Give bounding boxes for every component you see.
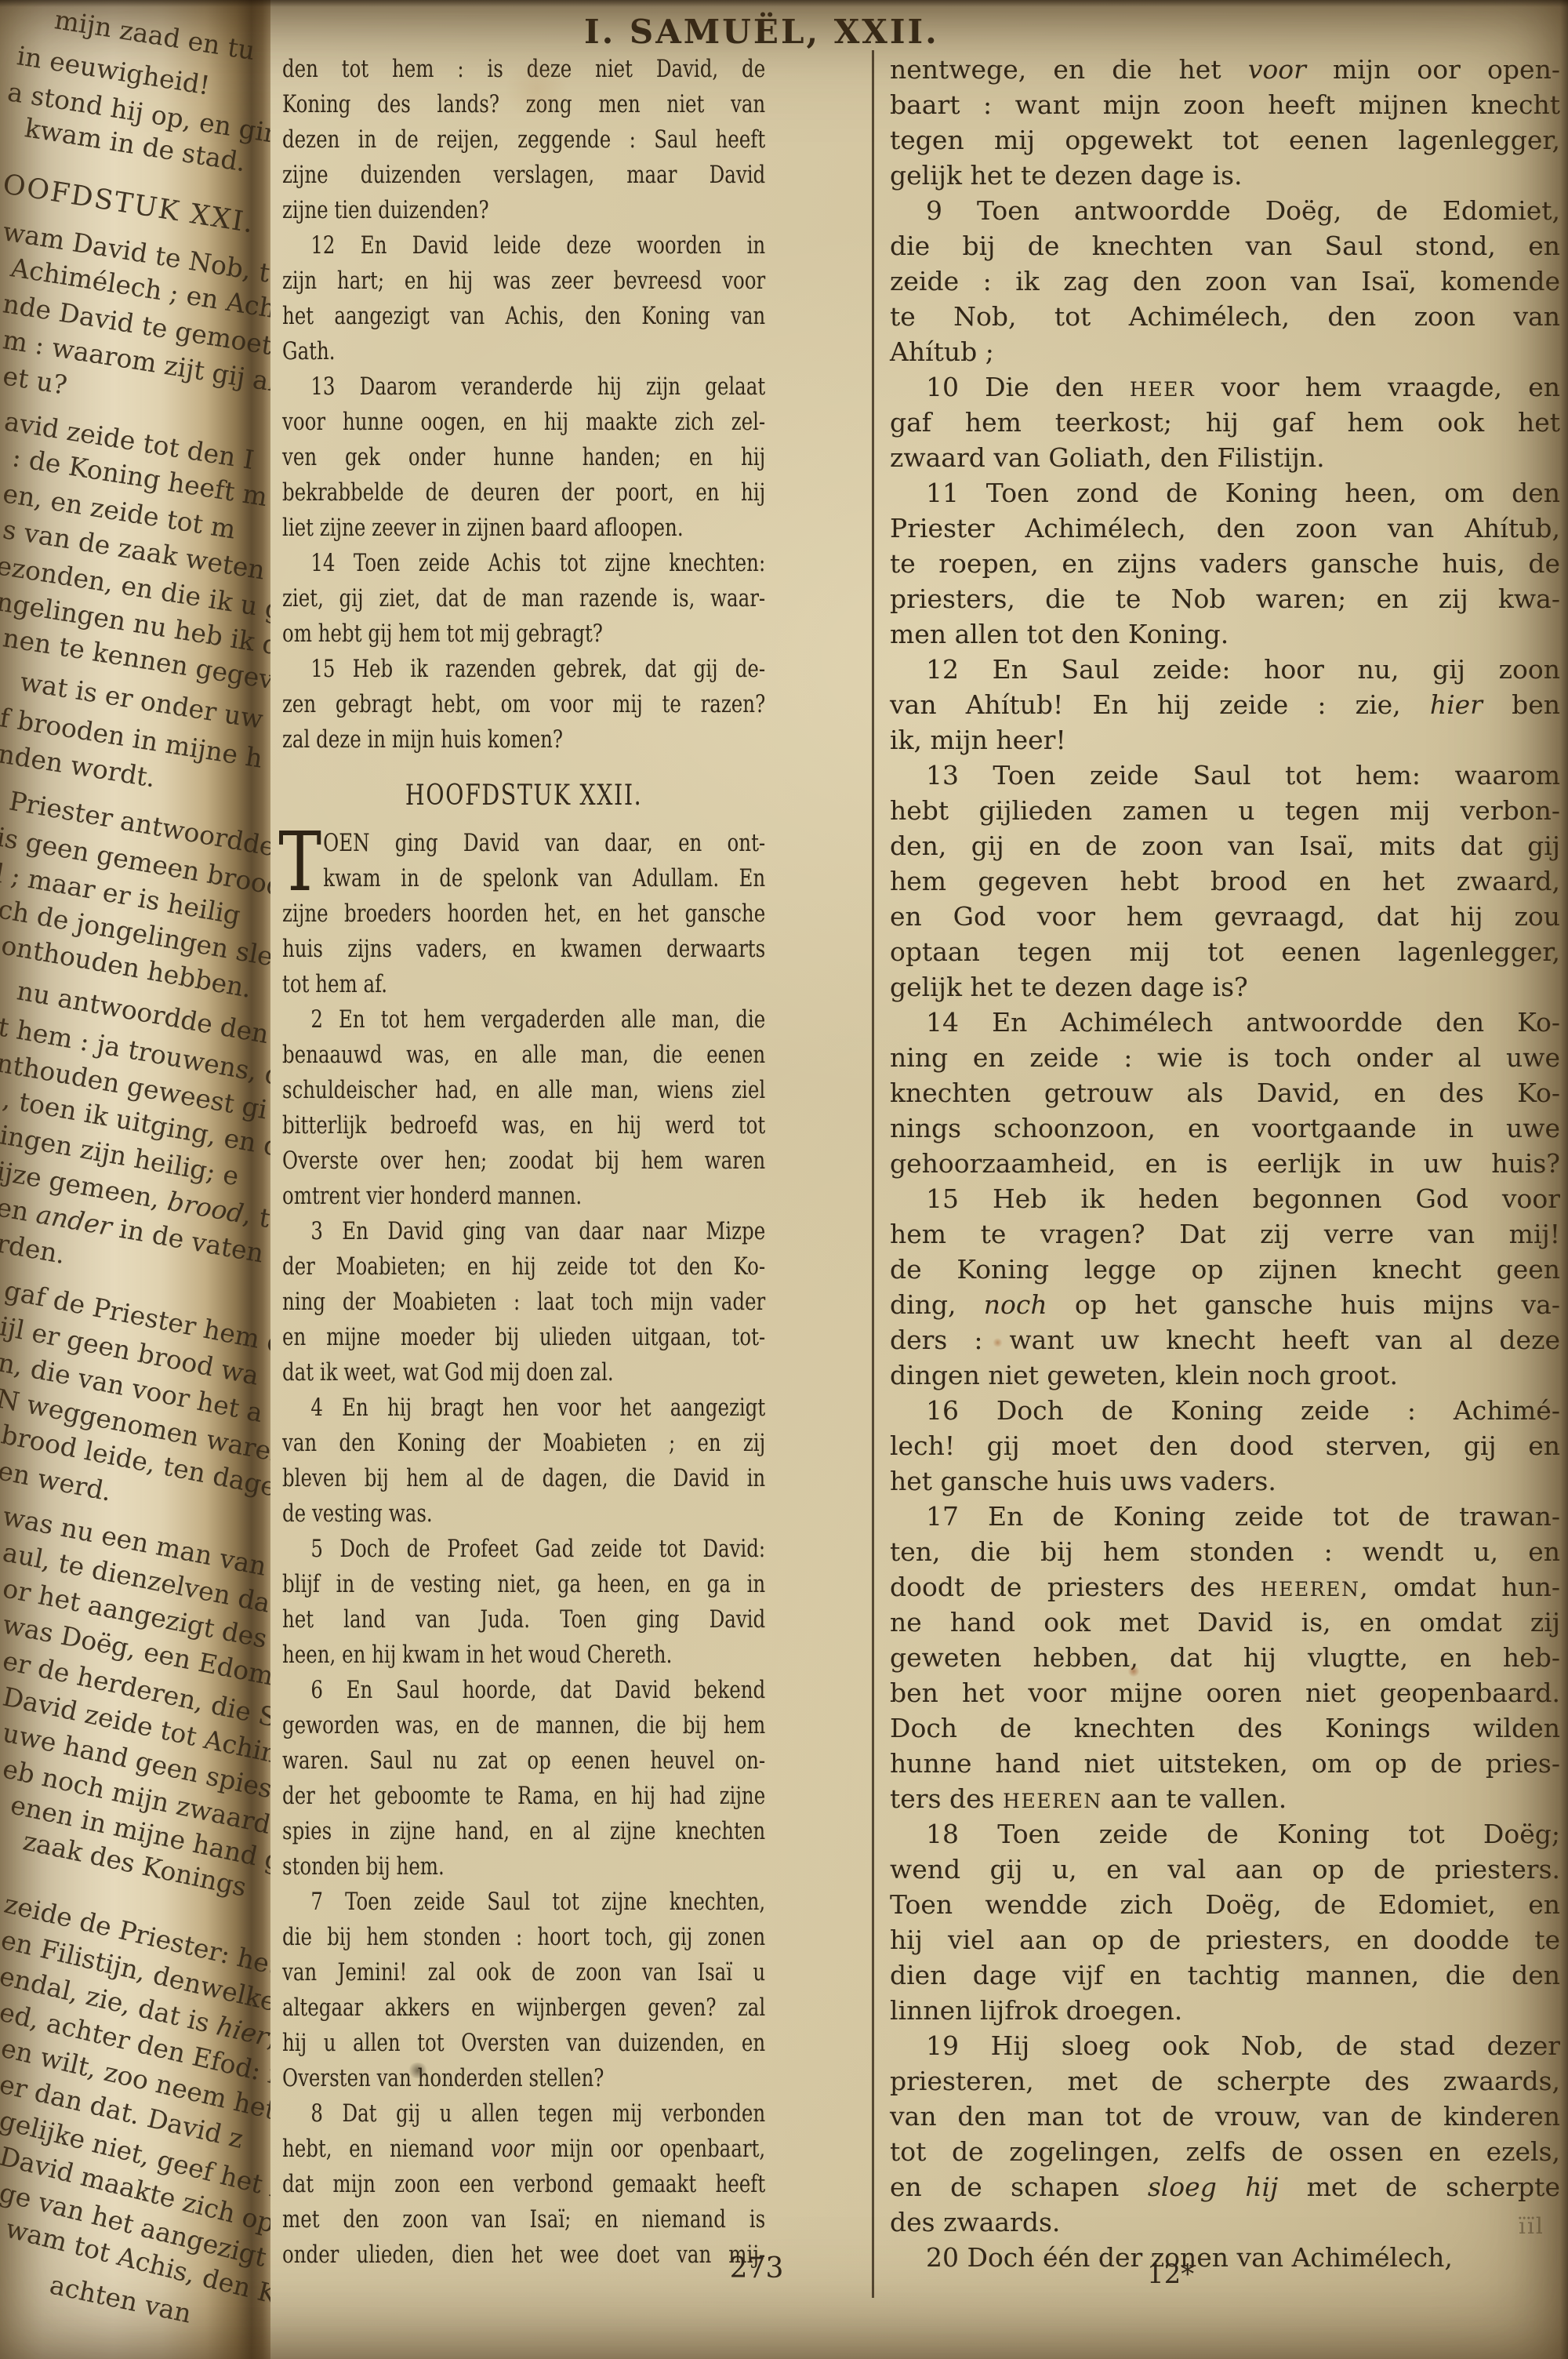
text-line: waren. Saul nu zat op eenen heuvel on- — [282, 1743, 765, 1779]
text-line: van den Koning der Moabieten ; en zij — [282, 1426, 765, 1461]
text-line: 13 Toen zeide Saul tot hem: waarom — [890, 758, 1560, 793]
text-line: huis zijns vaders, en kwamen derwaarts — [282, 932, 765, 967]
text-line: Doch de knechten des Konings wilden — [890, 1710, 1560, 1746]
text-line: 20 Doch één der zonen van Achimélech, — [890, 2240, 1560, 2275]
text-line: 2 En tot hem vergaderden alle man, die — [282, 1002, 765, 1038]
text-line: hij u allen tot Oversten van duizenden, … — [282, 2026, 765, 2061]
text-line: Ahítub ; — [890, 334, 1560, 369]
text-line: geweten hebben, dat hij vlugtte, en heb- — [890, 1640, 1560, 1675]
text-line: 12 En David leide deze woorden in — [282, 228, 765, 264]
signature-mark: 12* — [1147, 2259, 1194, 2290]
text-line: 19 Hij sloeg ook Nob, de stad dezer — [890, 2028, 1560, 2063]
text-line: 17 En de Koning zeide tot de trawan- — [890, 1499, 1560, 1534]
text-line: den, gij en de zoon van Isaï, mits dat g… — [890, 828, 1560, 863]
text-line: 15 Heb ik heden begonnen God voor — [890, 1181, 1560, 1216]
text-line: ziet, gij ziet, dat de man razende is, w… — [282, 581, 765, 616]
text-line: ne hand ook met David is, en omdat zij — [890, 1605, 1560, 1640]
text-line: hem gegeven hebt brood en het zwaard, — [890, 863, 1560, 899]
text-line: het land van Juda. Toen ging David — [282, 1602, 765, 1637]
text-line: geworden was, en de mannen, die bij hem — [282, 1708, 765, 1743]
text-line: zwaard van Goliath, den Filistijn. — [890, 440, 1560, 475]
column-divider-rule — [872, 50, 874, 2298]
text-line: des zwaards. — [890, 2205, 1560, 2240]
dropcap-paragraph: TOEN ging David van daar, en ont-kwam in… — [282, 826, 765, 896]
text-line: 4 En hij bragt hen voor het aangezigt — [282, 1390, 765, 1426]
text-line: dat ik weet, wat God mij doen zal. — [282, 1355, 765, 1390]
text-line: men allen tot den Koning. — [890, 616, 1560, 652]
text-line: ning en zeide : wie is toch onder al uwe — [890, 1040, 1560, 1075]
text-line: 7 Toen zeide Saul tot zijne knechten, — [282, 1885, 765, 1920]
right-text-column: nentwege, en die het voor mijn oor open-… — [890, 52, 1560, 2275]
text-line: ben het voor mijne ooren niet geopenbaar… — [890, 1675, 1560, 1710]
text-line: heen, en hij kwam in het woud Chereth. — [282, 1637, 765, 1673]
text-line: onder ulieden, dien het wee doet van mij… — [282, 2237, 765, 2273]
text-line: 14 En Achimélech antwoordde den Ko- — [890, 1005, 1560, 1040]
text-line: zijne duizenden verslagen, maar David — [282, 158, 765, 193]
text-line: OEN ging David van daar, en ont- — [282, 826, 765, 861]
text-line: 15 Heb ik razenden gebrek, dat gij de- — [282, 652, 765, 687]
previous-page-text: mijn zaad en tuin eeuwigheid!a stond hij… — [3, 2, 270, 2303]
text-line: gaf hem teerkost; hij gaf hem ook het — [890, 405, 1560, 440]
text-line: zijne tien duizenden? — [282, 193, 765, 228]
text-line: blijf in de vesting niet, ga heen, en ga… — [282, 1567, 765, 1602]
text-line: benaauwd was, en alle man, die eenen — [282, 1038, 765, 1073]
text-line: van den man tot de vrouw, van de kindere… — [890, 2099, 1560, 2134]
text-line: schuldeischer had, en alle man, wiens zi… — [282, 1073, 765, 1108]
text-line: bitterlijk bedroefd was, en hij werd tot — [282, 1108, 765, 1143]
text-line: gelijk het te dezen dage is? — [890, 969, 1560, 1005]
text-line: hem te vragen? Dat zij verre van mij! — [890, 1216, 1560, 1252]
text-line: dat mijn zoon een verbond gemaakt heeft — [282, 2167, 765, 2202]
text-line: hunne hand niet uitsteken, om op de prie… — [890, 1746, 1560, 1781]
text-line: zijn hart; en hij was zeer bevreesd voor — [282, 264, 765, 299]
text-line: nings schoonzoon, en voortgaande in uwe — [890, 1110, 1560, 1146]
text-line: priesteren, met de scherpte des zwaards, — [890, 2063, 1560, 2099]
text-line: gelijk het te dezen dage is. — [890, 158, 1560, 193]
text-line: stonden bij hem. — [282, 1849, 765, 1885]
text-line: 13 Daarom veranderde hij zijn gelaat — [282, 369, 765, 405]
left-text-column: den tot hem : is deze niet David, deKoni… — [282, 52, 765, 2273]
text-line: voor hunne oogen, en hij maakte zich zel… — [282, 405, 765, 440]
text-line: van Jemini! zal ook de zoon van Isaï u — [282, 1955, 765, 1990]
text-line: ders : want uw knecht heeft van al deze — [890, 1322, 1560, 1358]
text-line: zen gebragt hebt, om voor mij te razen? — [282, 687, 765, 722]
text-line: 18 Toen zeide de Koning tot Doëg; — [890, 1816, 1560, 1852]
text-line: 5 Doch de Profeet Gad zeide tot David: — [282, 1532, 765, 1567]
text-line: hebt, en niemand voor mijn oor openbaart… — [282, 2132, 765, 2167]
text-line: spies in zijne hand, en al zijne knechte… — [282, 1814, 765, 1849]
text-line: 3 En David ging van daar naar Mizpe — [282, 1214, 765, 1249]
text-line: linnen lijfrok droegen. — [890, 1993, 1560, 2028]
text-line: tot de zogelingen, zelfs de ossen en eze… — [890, 2134, 1560, 2169]
book-page-photo: mijn zaad en tuin eeuwigheid!a stond hij… — [0, 0, 1568, 2359]
text-line: die bij de knechten van Saul stond, en — [890, 228, 1560, 264]
text-line: bekrabbelde de deuren der poort, en hij — [282, 475, 765, 511]
text-line: tot hem af. — [282, 967, 765, 1002]
text-line: om hebt gij hem tot mij gebragt? — [282, 616, 765, 652]
text-line: doodt de priesters des HEEREN, omdat hun… — [890, 1569, 1560, 1605]
text-line: ding, noch op het gansche huis mijns va- — [890, 1287, 1560, 1322]
text-line: de Koning legge op zijnen knecht geen — [890, 1252, 1560, 1287]
text-line: gehoorzaamheid, en is eerlijk in uw huis… — [890, 1146, 1560, 1181]
text-line: optaan tegen mij tot eenen lagenlegger, — [890, 934, 1560, 969]
text-line: en mijne moeder bij ulieden uitgaan, tot… — [282, 1320, 765, 1355]
text-line: Toen wendde zich Doëg, de Edomiet, en — [890, 1887, 1560, 1922]
text-line: het gansche huis uws vaders. — [890, 1463, 1560, 1499]
text-line: van Ahítub! En hij zeide : zie, hier ben — [890, 687, 1560, 722]
text-line: te Nob, tot Achimélech, den zoon van — [890, 299, 1560, 334]
dropcap-letter: T — [278, 826, 321, 898]
text-line: der het geboomte te Rama, en hij had zij… — [282, 1779, 765, 1814]
text-line: Gath. — [282, 334, 765, 369]
text-line: omtrent vier honderd mannen. — [282, 1179, 765, 1214]
text-line: der Moabieten; en hij zeide tot den Ko- — [282, 1249, 765, 1285]
page-number: 273 — [717, 2252, 796, 2284]
text-line: ven gek onder hunne handen; en hij — [282, 440, 765, 475]
text-line: kwam in de spelonk van Adullam. En — [282, 861, 765, 896]
text-line: Overste over hen; zoodat bij hem waren — [282, 1143, 765, 1179]
text-line: 10 Die den HEER voor hem vraagde, en — [890, 369, 1560, 405]
chapter-heading: HOOFDSTUK XXII. — [282, 778, 765, 813]
text-line: hij viel aan op de priesters, en doodde … — [890, 1922, 1560, 1957]
text-line: 8 Dat gij u allen tegen mij verbonden — [282, 2096, 765, 2132]
text-line: hebt gijlieden zamen u tegen mij verbon- — [890, 793, 1560, 828]
text-line: liet zijne zeever in zijnen baard afloop… — [282, 511, 765, 546]
text-line: ik, mijn heer! — [890, 722, 1560, 758]
text-line: Priester Achimélech, den zoon van Ahítub… — [890, 511, 1560, 546]
text-line: ten, die bij hem stonden : wendt u, en — [890, 1534, 1560, 1569]
text-line: den tot hem : is deze niet David, de — [282, 52, 765, 87]
text-line: te roepen, en zijns vaders gansche huis,… — [890, 546, 1560, 581]
text-line: 14 Toen zeide Achis tot zijne knechten: — [282, 546, 765, 581]
text-line: ning der Moabieten : laat toch mijn vade… — [282, 1285, 765, 1320]
text-line: knechten getrouw als David, en des Ko- — [890, 1075, 1560, 1110]
text-line: met den zoon van Isaï; en niemand is — [282, 2202, 765, 2237]
text-line: 16 Doch de Koning zeide : Achimé- — [890, 1393, 1560, 1428]
text-line: baart : want mijn zoon heeft mijnen knec… — [890, 87, 1560, 122]
text-line: nentwege, en die het voor mijn oor open- — [890, 52, 1560, 87]
text-line: die bij hem stonden : hoort toch, gij zo… — [282, 1920, 765, 1955]
text-line: de vesting was. — [282, 1496, 765, 1532]
text-line: 9 Toen antwoordde Doëg, de Edomiet, — [890, 193, 1560, 228]
text-line: 6 En Saul hoorde, dat David bekend — [282, 1673, 765, 1708]
text-line: en de schapen sloeg hij met de scherpte — [890, 2169, 1560, 2205]
text-line: tegen mij opgewekt tot eenen lagenlegger… — [890, 122, 1560, 158]
running-header: I. SAMUËL, XXII. — [584, 13, 939, 51]
page-surface: I. SAMUËL, XXII. den tot hem : is deze n… — [270, 0, 1568, 2359]
text-line: zijne broeders hoorden het, en het gansc… — [282, 896, 765, 932]
text-line: 12 En Saul zeide: hoor nu, gij zoon — [890, 652, 1560, 687]
text-line: Oversten van honderden stellen? — [282, 2061, 765, 2096]
text-line: altegaar akkers en wijnbergen geven? zal — [282, 1990, 765, 2026]
text-line: dingen niet geweten, klein noch groot. — [890, 1358, 1560, 1393]
text-line: priesters, die te Nob waren; en zij kwa- — [890, 581, 1560, 616]
show-through-mark: ïïl — [1519, 2213, 1544, 2239]
text-line: het aangezigt van Achis, den Koning van — [282, 299, 765, 334]
text-line: dezen in de reijen, zeggende : Saul heef… — [282, 122, 765, 158]
text-line: 11 Toen zond de Koning heen, om den — [890, 475, 1560, 511]
text-line: dien dage vijf en tachtig mannen, die de… — [890, 1957, 1560, 1993]
text-line: zeide : ik zag den zoon van Isaï, komend… — [890, 264, 1560, 299]
text-line: lech! gij moet den dood sterven, gij en — [890, 1428, 1560, 1463]
text-line: zal deze in mijn huis komen? — [282, 722, 765, 758]
previous-page-edge: mijn zaad en tuin eeuwigheid!a stond hij… — [0, 0, 270, 2359]
text-line: wend gij u, en val aan op de priesters. — [890, 1852, 1560, 1887]
text-line: en God voor hem gevraagd, dat hij zou — [890, 899, 1560, 934]
text-line: ters des HEEREN aan te vallen. — [890, 1781, 1560, 1816]
text-line: Koning des lands? zong men niet van — [282, 87, 765, 122]
text-line: bleven bij hem al de dagen, die David in — [282, 1461, 765, 1496]
